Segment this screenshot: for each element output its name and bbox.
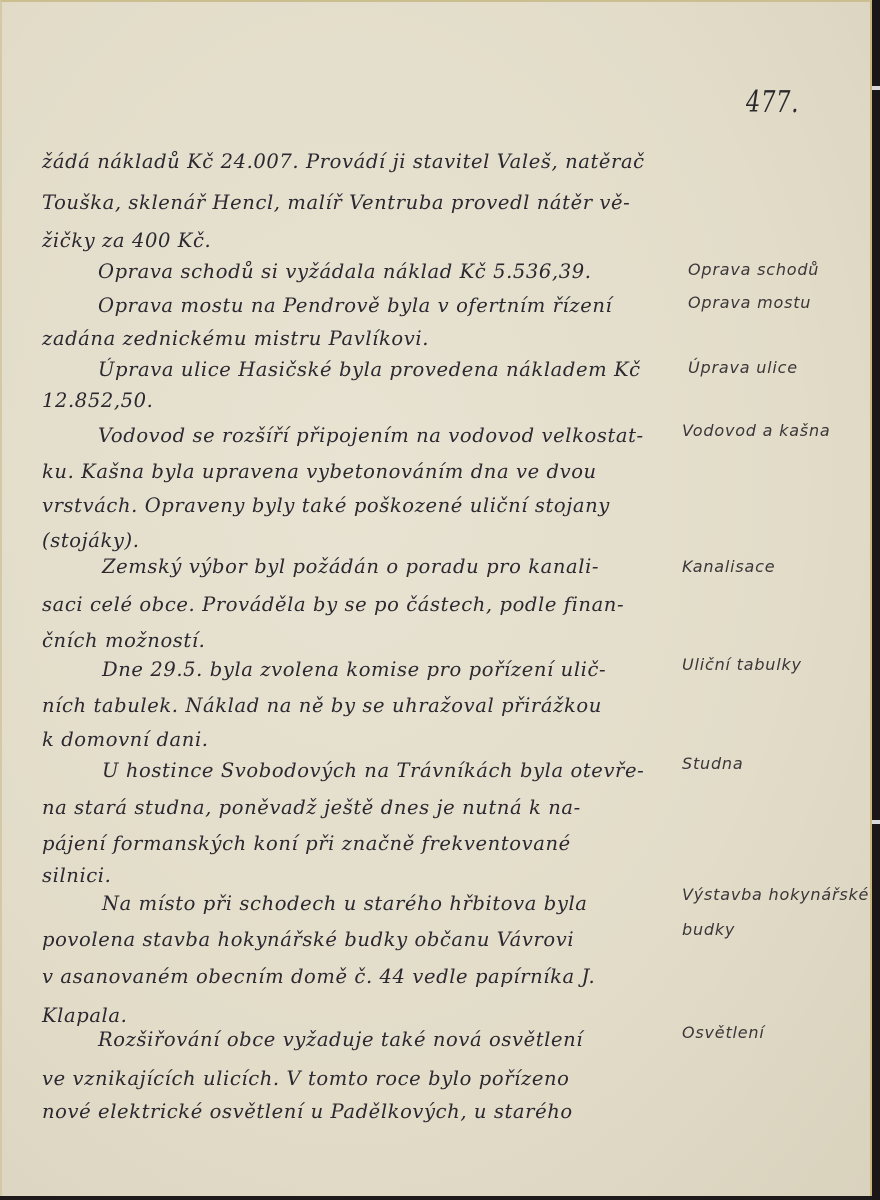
chronicle-page: 477. žádá nákladů Kč 24.007. Provádí ji … xyxy=(0,0,872,1196)
text-line: Touška, sklenář Hencl, malíř Ventruba pr… xyxy=(42,191,630,214)
text-line: žičky za 400 Kč. xyxy=(42,229,211,252)
text-line: U hostince Svobodových na Trávníkách byl… xyxy=(102,759,644,782)
text-line: zadána zednickému mistru Pavlíkovi. xyxy=(42,327,429,350)
text-line: žádá nákladů Kč 24.007. Provádí ji stavi… xyxy=(42,150,645,173)
margin-note: Výstavba hokynářské xyxy=(682,885,869,904)
text-line: k domovní dani. xyxy=(42,728,209,751)
text-line: Na místo při schodech u starého hřbitova… xyxy=(102,892,588,915)
text-line: nové elektrické osvětlení u Padělkových,… xyxy=(42,1100,573,1123)
text-line: pájení formanských koní při značně frekv… xyxy=(42,832,571,855)
text-line: Rozšiřování obce vyžaduje také nová osvě… xyxy=(98,1028,583,1051)
text-line: v asanovaném obecním domě č. 44 vedle pa… xyxy=(42,965,595,988)
scanner-background xyxy=(872,0,880,1200)
text-line: na stará studna, poněvadž ještě dnes je … xyxy=(42,796,581,819)
margin-note: Kanalisace xyxy=(682,557,775,576)
text-line: Oprava schodů si vyžádala náklad Kč 5.53… xyxy=(98,260,592,283)
text-line: Dne 29.5. byla zvolena komise pro poříze… xyxy=(102,658,606,681)
page-number: 477. xyxy=(746,85,799,120)
text-line: saci celé obce. Prováděla by se po částe… xyxy=(42,593,624,616)
text-line: ve vznikajících ulicích. V tomto roce by… xyxy=(42,1067,569,1090)
scan-edge-marker xyxy=(872,86,880,90)
text-line: čních možností. xyxy=(42,629,205,652)
text-line: Úprava ulice Hasičské byla provedena nák… xyxy=(98,358,641,381)
margin-note: Studna xyxy=(682,754,743,773)
margin-note: Uliční tabulky xyxy=(682,655,802,674)
text-line: Klapala. xyxy=(42,1004,127,1027)
text-line: ních tabulek. Náklad na ně by se uhražov… xyxy=(42,694,602,717)
margin-note: budky xyxy=(682,920,735,939)
text-line: 12.852,50. xyxy=(42,389,153,412)
margin-note: Vodovod a kašna xyxy=(682,421,830,440)
margin-note: Úprava ulice xyxy=(688,358,798,377)
text-line: povolena stavba hokynářské budky občanu … xyxy=(42,928,574,951)
text-line: Zemský výbor byl požádán o poradu pro ka… xyxy=(102,555,599,578)
text-line: (stojáky). xyxy=(42,529,140,552)
margin-note: Oprava mostu xyxy=(688,293,811,312)
margin-note: Oprava schodů xyxy=(688,260,819,279)
text-line: vrstvách. Opraveny byly také poškozené u… xyxy=(42,494,610,517)
margin-note: Osvětlení xyxy=(682,1023,765,1042)
text-line: Vodovod se rozšíří připojením na vodovod… xyxy=(98,424,644,447)
scan-edge-marker xyxy=(872,820,880,824)
text-line: Oprava mostu na Pendrově byla v ofertním… xyxy=(98,294,612,317)
text-line: ku. Kašna byla upravena vybetonováním dn… xyxy=(42,460,597,483)
text-line: silnici. xyxy=(42,864,111,887)
